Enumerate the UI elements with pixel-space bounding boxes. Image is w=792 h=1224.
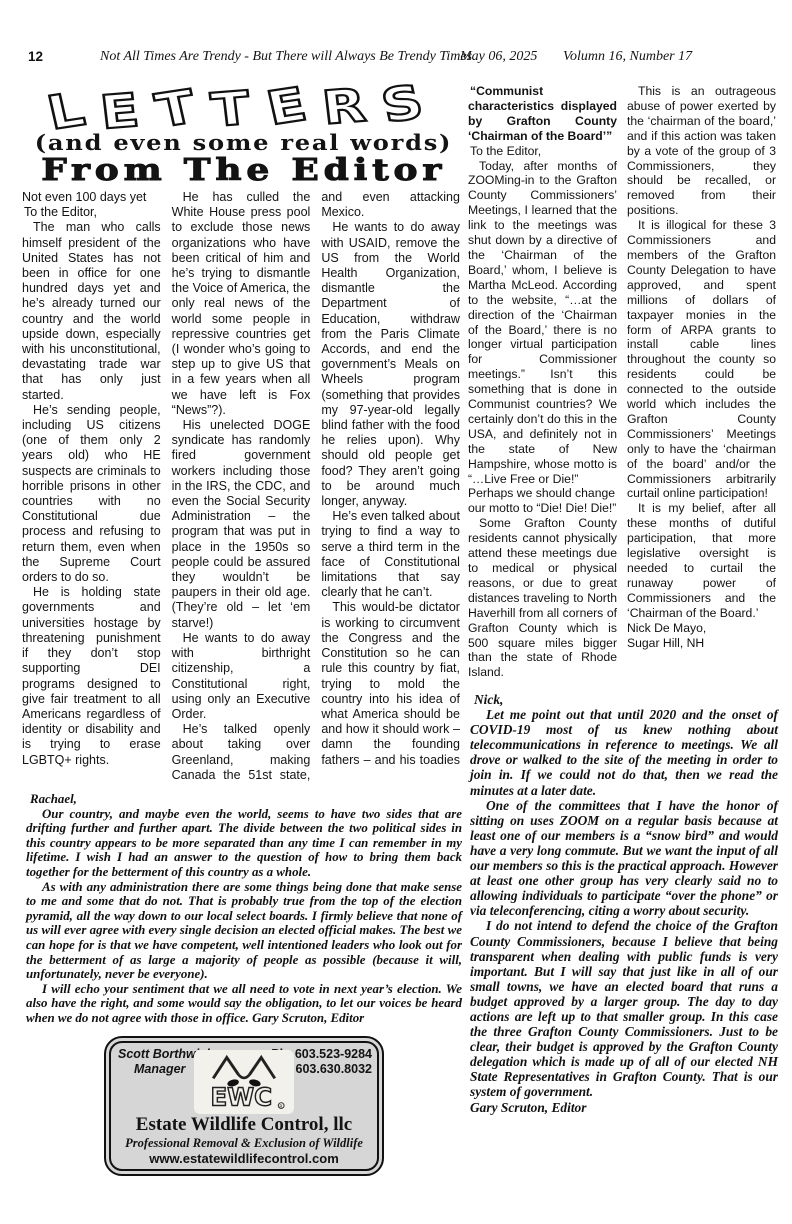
letter-heading: “Communist characteristics displayed by … <box>468 84 617 144</box>
letter-paragraph: The man who calls himself president of t… <box>22 220 161 402</box>
ad-logo-text: EWC <box>210 1083 272 1111</box>
reply-paragraph: I do not intend to defend the choice of … <box>470 918 778 1099</box>
ad-company-name: Estate Wildlife Control, llc <box>106 1114 382 1136</box>
ad-website: www.estatewildlifecontrol.com <box>106 1151 382 1166</box>
letter-paragraph: Some Grafton County residents cannot phy… <box>468 516 617 680</box>
letters-title: LETTERS <box>47 78 441 134</box>
editor-reply-nick: Nick, Let me point out that until 2020 a… <box>470 692 778 1115</box>
letter-paragraph: He has culled the White House press pool… <box>172 190 311 418</box>
letter-paragraph: Today, after months of ZOOMing-in to the… <box>468 159 617 487</box>
letter-title: Not even 100 days yet <box>22 190 161 205</box>
from-the-editor-title: From The Editor <box>41 155 446 187</box>
letter-paragraph: He wants to do away with USAID, remove t… <box>321 220 460 509</box>
letter-paragraph: He’s sending people, including US citize… <box>22 403 161 585</box>
reply-signature: Gary Scruton, Editor <box>470 1100 778 1115</box>
svg-text:R: R <box>279 1104 282 1110</box>
letter-salutation: To the Editor, <box>22 205 161 220</box>
page-number: 12 <box>28 49 43 64</box>
paper-tagline: Not All Times Are Trendy - But There wil… <box>100 49 472 65</box>
estate-wildlife-control-ad: Scott Borthwick Manager Ph: 603.523-9284… <box>104 1036 384 1176</box>
issue-date: May 06, 2025 <box>460 49 537 65</box>
ad-contact-title: Manager <box>134 1062 185 1076</box>
letter-paragraph: This is an outrageous abuse of power exe… <box>627 84 776 218</box>
reply-paragraph: Let me point out that until 2020 and the… <box>470 707 778 798</box>
letter-rachael: Not even 100 days yet To the Editor, The… <box>22 190 460 788</box>
letter-paragraph: It is illogical for these 3 Commissioner… <box>627 218 776 501</box>
reply-paragraph: One of the committees that I have the ho… <box>470 798 778 919</box>
editor-reply-rachael: Rachael, Our country, and maybe even the… <box>26 792 462 1026</box>
signature-town: Sugar Hill, NH <box>627 636 776 651</box>
ad-tagline: Professional Removal & Exclusion of Wild… <box>106 1136 382 1151</box>
reply-paragraph: Our country, and maybe even the world, s… <box>26 807 462 880</box>
letter-paragraph: He’s even talked about trying to find a … <box>321 509 460 600</box>
issue-volume: Volumn 16, Number 17 <box>563 49 692 65</box>
reply-salutation: Nick, <box>470 692 778 707</box>
signature-name: Nick De Mayo, <box>627 621 776 636</box>
letter-paragraph: It is my belief, after all these months … <box>627 501 776 620</box>
letters-subtitle: (and even some real words) <box>35 131 452 154</box>
letter-paragraph: He wants to do away with birthright citi… <box>172 631 311 722</box>
newspaper-page: 12 Not All Times Are Trendy - But There … <box>0 0 792 1224</box>
letter-paragraph: Perhaps we should change our motto to “D… <box>468 486 617 516</box>
letters-masthead: LETTERS (and even some real words) From … <box>20 82 467 187</box>
owl-logo-icon: EWC R <box>194 1050 294 1114</box>
reply-paragraph: I will echo your sentiment that we all n… <box>26 982 462 1026</box>
letter-salutation: To the Editor, <box>468 144 617 159</box>
reply-salutation: Rachael, <box>26 792 462 807</box>
reply-paragraph: As with any administration there are som… <box>26 880 462 982</box>
letter-nick: “Communist characteristics displayed by … <box>468 84 776 684</box>
letter-paragraph: He is holding state governments and univ… <box>22 585 161 767</box>
letter-paragraph: His unelected DOGE syndicate has randoml… <box>172 418 311 631</box>
